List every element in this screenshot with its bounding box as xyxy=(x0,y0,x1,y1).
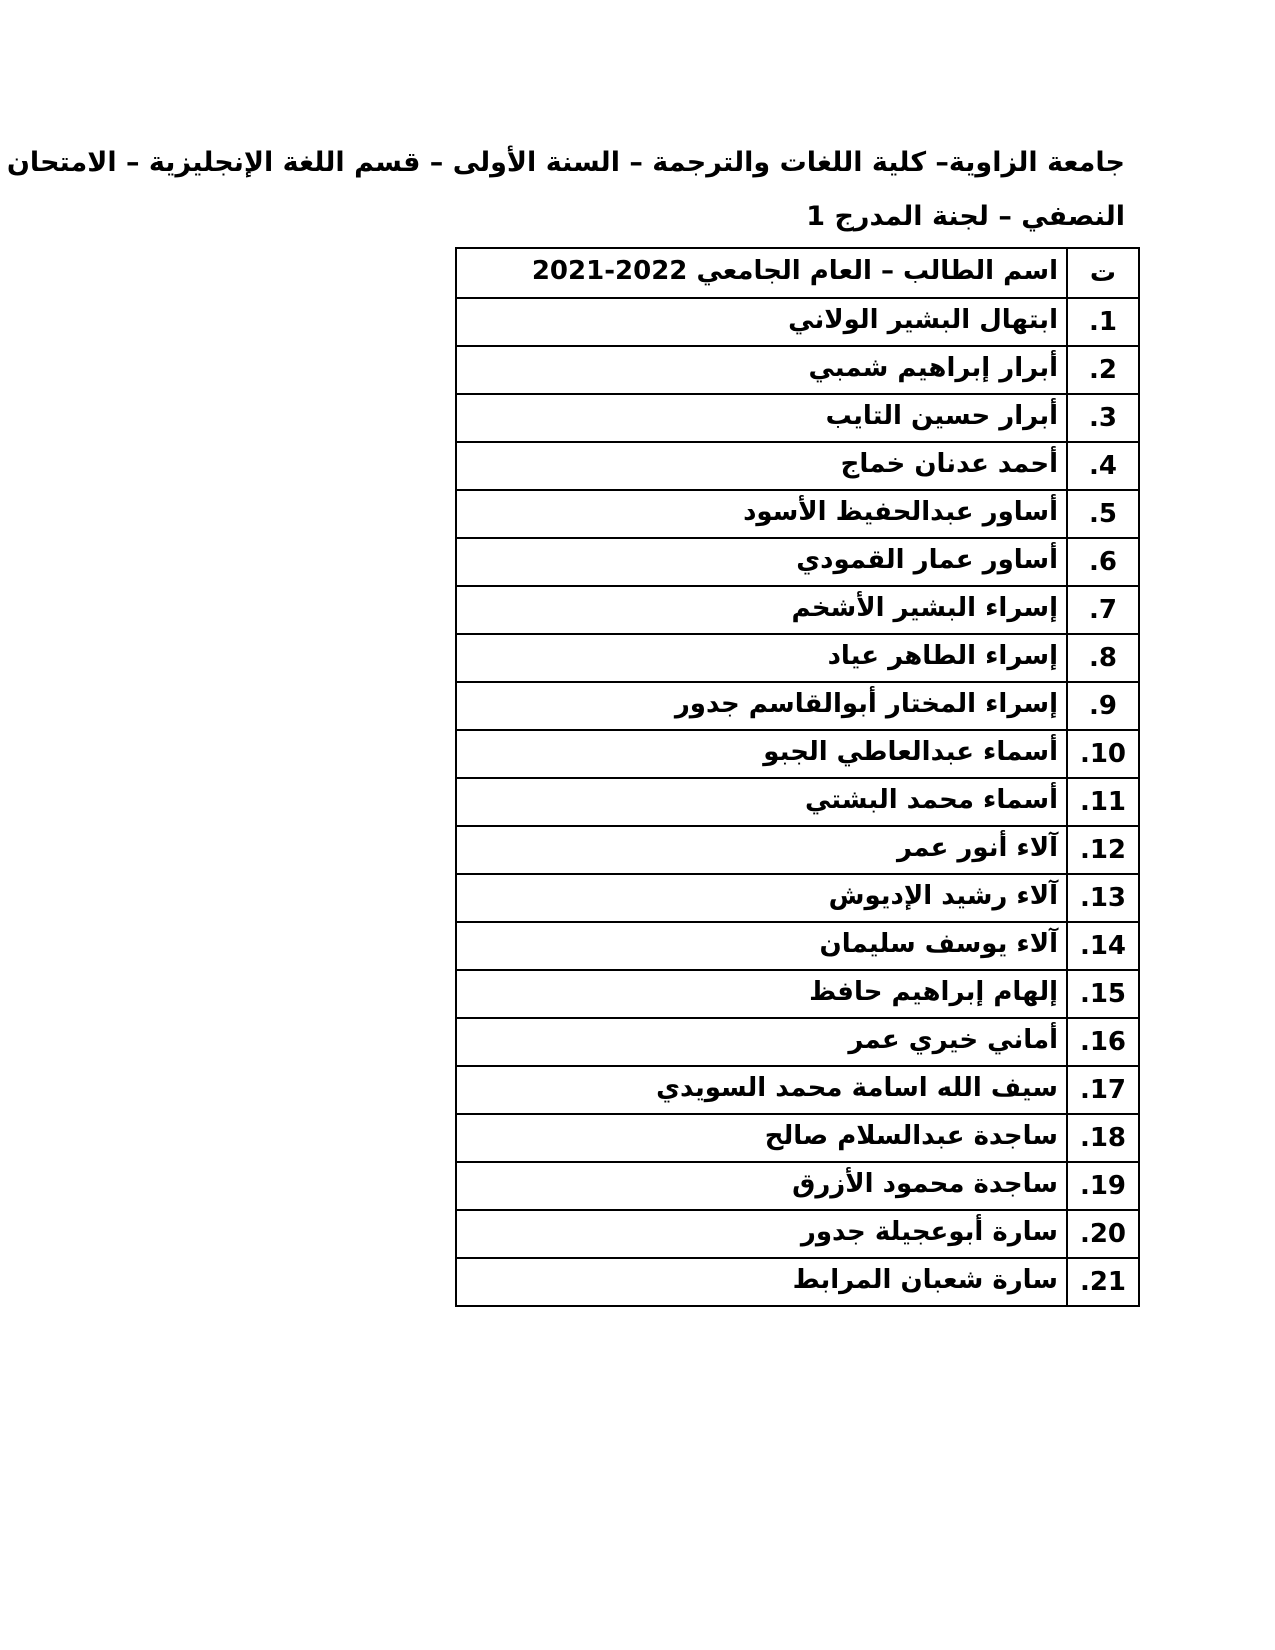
row-number: 7. xyxy=(1067,586,1139,634)
student-name: أساور عبدالحفيظ الأسود xyxy=(456,490,1067,538)
row-number: 19. xyxy=(1067,1162,1139,1210)
row-number: 20. xyxy=(1067,1210,1139,1258)
student-name: إسراء الطاهر عياد xyxy=(456,634,1067,682)
row-number: 5. xyxy=(1067,490,1139,538)
row-number: 21. xyxy=(1067,1258,1139,1306)
row-number: 3. xyxy=(1067,394,1139,442)
student-name: آلاء رشيد الإديوش xyxy=(456,874,1067,922)
table-row: 21.سارة شعبان المرابط xyxy=(456,1258,1139,1306)
row-number: 14. xyxy=(1067,922,1139,970)
row-number: 15. xyxy=(1067,970,1139,1018)
table-row: 17.سيف الله اسامة محمد السويدي xyxy=(456,1066,1139,1114)
student-name: أسماء عبدالعاطي الجبو xyxy=(456,730,1067,778)
page: { "header": { "title_line1": "جامعة الزا… xyxy=(0,0,1275,1650)
table-row: 13.آلاء رشيد الإديوش xyxy=(456,874,1139,922)
table-row: 8.إسراء الطاهر عياد xyxy=(456,634,1139,682)
student-name: أبرار إبراهيم شمبي xyxy=(456,346,1067,394)
student-name: أبرار حسين التايب xyxy=(456,394,1067,442)
table-row: 12.آلاء أنور عمر xyxy=(456,826,1139,874)
table-row: 7.إسراء البشير الأشخم xyxy=(456,586,1139,634)
student-name: سيف الله اسامة محمد السويدي xyxy=(456,1066,1067,1114)
column-header-number: ت xyxy=(1067,248,1139,298)
student-name: ساجدة محمود الأزرق xyxy=(456,1162,1067,1210)
student-name: إسراء البشير الأشخم xyxy=(456,586,1067,634)
row-number: 4. xyxy=(1067,442,1139,490)
table-row: 14.آلاء يوسف سليمان xyxy=(456,922,1139,970)
row-number: 13. xyxy=(1067,874,1139,922)
table-row: 6.أساور عمار القمودي xyxy=(456,538,1139,586)
student-name: ابتهال البشير الولاني xyxy=(456,298,1067,346)
student-name: أماني خيري عمر xyxy=(456,1018,1067,1066)
document-title-line-2: النصفي – لجنة المدرج 1 xyxy=(150,190,1125,244)
row-number: 8. xyxy=(1067,634,1139,682)
row-number: 17. xyxy=(1067,1066,1139,1114)
row-number: 9. xyxy=(1067,682,1139,730)
table-row: 5.أساور عبدالحفيظ الأسود xyxy=(456,490,1139,538)
student-name: أحمد عدنان خماج xyxy=(456,442,1067,490)
row-number: 10. xyxy=(1067,730,1139,778)
student-name: أساور عمار القمودي xyxy=(456,538,1067,586)
table-row: 10.أسماء عبدالعاطي الجبو xyxy=(456,730,1139,778)
student-name: آلاء يوسف سليمان xyxy=(456,922,1067,970)
document-title: جامعة الزاوية– كلية اللغات والترجمة – ال… xyxy=(150,136,1125,244)
table-row: 3.أبرار حسين التايب xyxy=(456,394,1139,442)
student-name: آلاء أنور عمر xyxy=(456,826,1067,874)
table-row: 15.إلهام إبراهيم حافظ xyxy=(456,970,1139,1018)
row-number: 16. xyxy=(1067,1018,1139,1066)
student-name: إلهام إبراهيم حافظ xyxy=(456,970,1067,1018)
student-name: سارة شعبان المرابط xyxy=(456,1258,1067,1306)
student-rows: 1.ابتهال البشير الولاني2.أبرار إبراهيم ش… xyxy=(456,298,1139,1306)
table-row: 19.ساجدة محمود الأزرق xyxy=(456,1162,1139,1210)
row-number: 2. xyxy=(1067,346,1139,394)
document-title-line-1: جامعة الزاوية– كلية اللغات والترجمة – ال… xyxy=(150,136,1125,190)
student-name: ساجدة عبدالسلام صالح xyxy=(456,1114,1067,1162)
table-row: 20.سارة أبوعجيلة جدور xyxy=(456,1210,1139,1258)
student-name: سارة أبوعجيلة جدور xyxy=(456,1210,1067,1258)
row-number: 18. xyxy=(1067,1114,1139,1162)
students-table: ت اسم الطالب – العام الجامعي 2022-2021 1… xyxy=(455,247,1140,1307)
row-number: 12. xyxy=(1067,826,1139,874)
table-row: 4.أحمد عدنان خماج xyxy=(456,442,1139,490)
row-number: 11. xyxy=(1067,778,1139,826)
table-row: 18.ساجدة عبدالسلام صالح xyxy=(456,1114,1139,1162)
student-name: إسراء المختار أبوالقاسم جدور xyxy=(456,682,1067,730)
row-number: 6. xyxy=(1067,538,1139,586)
column-header-name: اسم الطالب – العام الجامعي 2022-2021 xyxy=(456,248,1067,298)
table-row: 11.أسماء محمد البشتي xyxy=(456,778,1139,826)
table-row: 16.أماني خيري عمر xyxy=(456,1018,1139,1066)
table-row: 1.ابتهال البشير الولاني xyxy=(456,298,1139,346)
student-name: أسماء محمد البشتي xyxy=(456,778,1067,826)
table-header-row: ت اسم الطالب – العام الجامعي 2022-2021 xyxy=(456,248,1139,298)
table-row: 2.أبرار إبراهيم شمبي xyxy=(456,346,1139,394)
table-row: 9.إسراء المختار أبوالقاسم جدور xyxy=(456,682,1139,730)
row-number: 1. xyxy=(1067,298,1139,346)
